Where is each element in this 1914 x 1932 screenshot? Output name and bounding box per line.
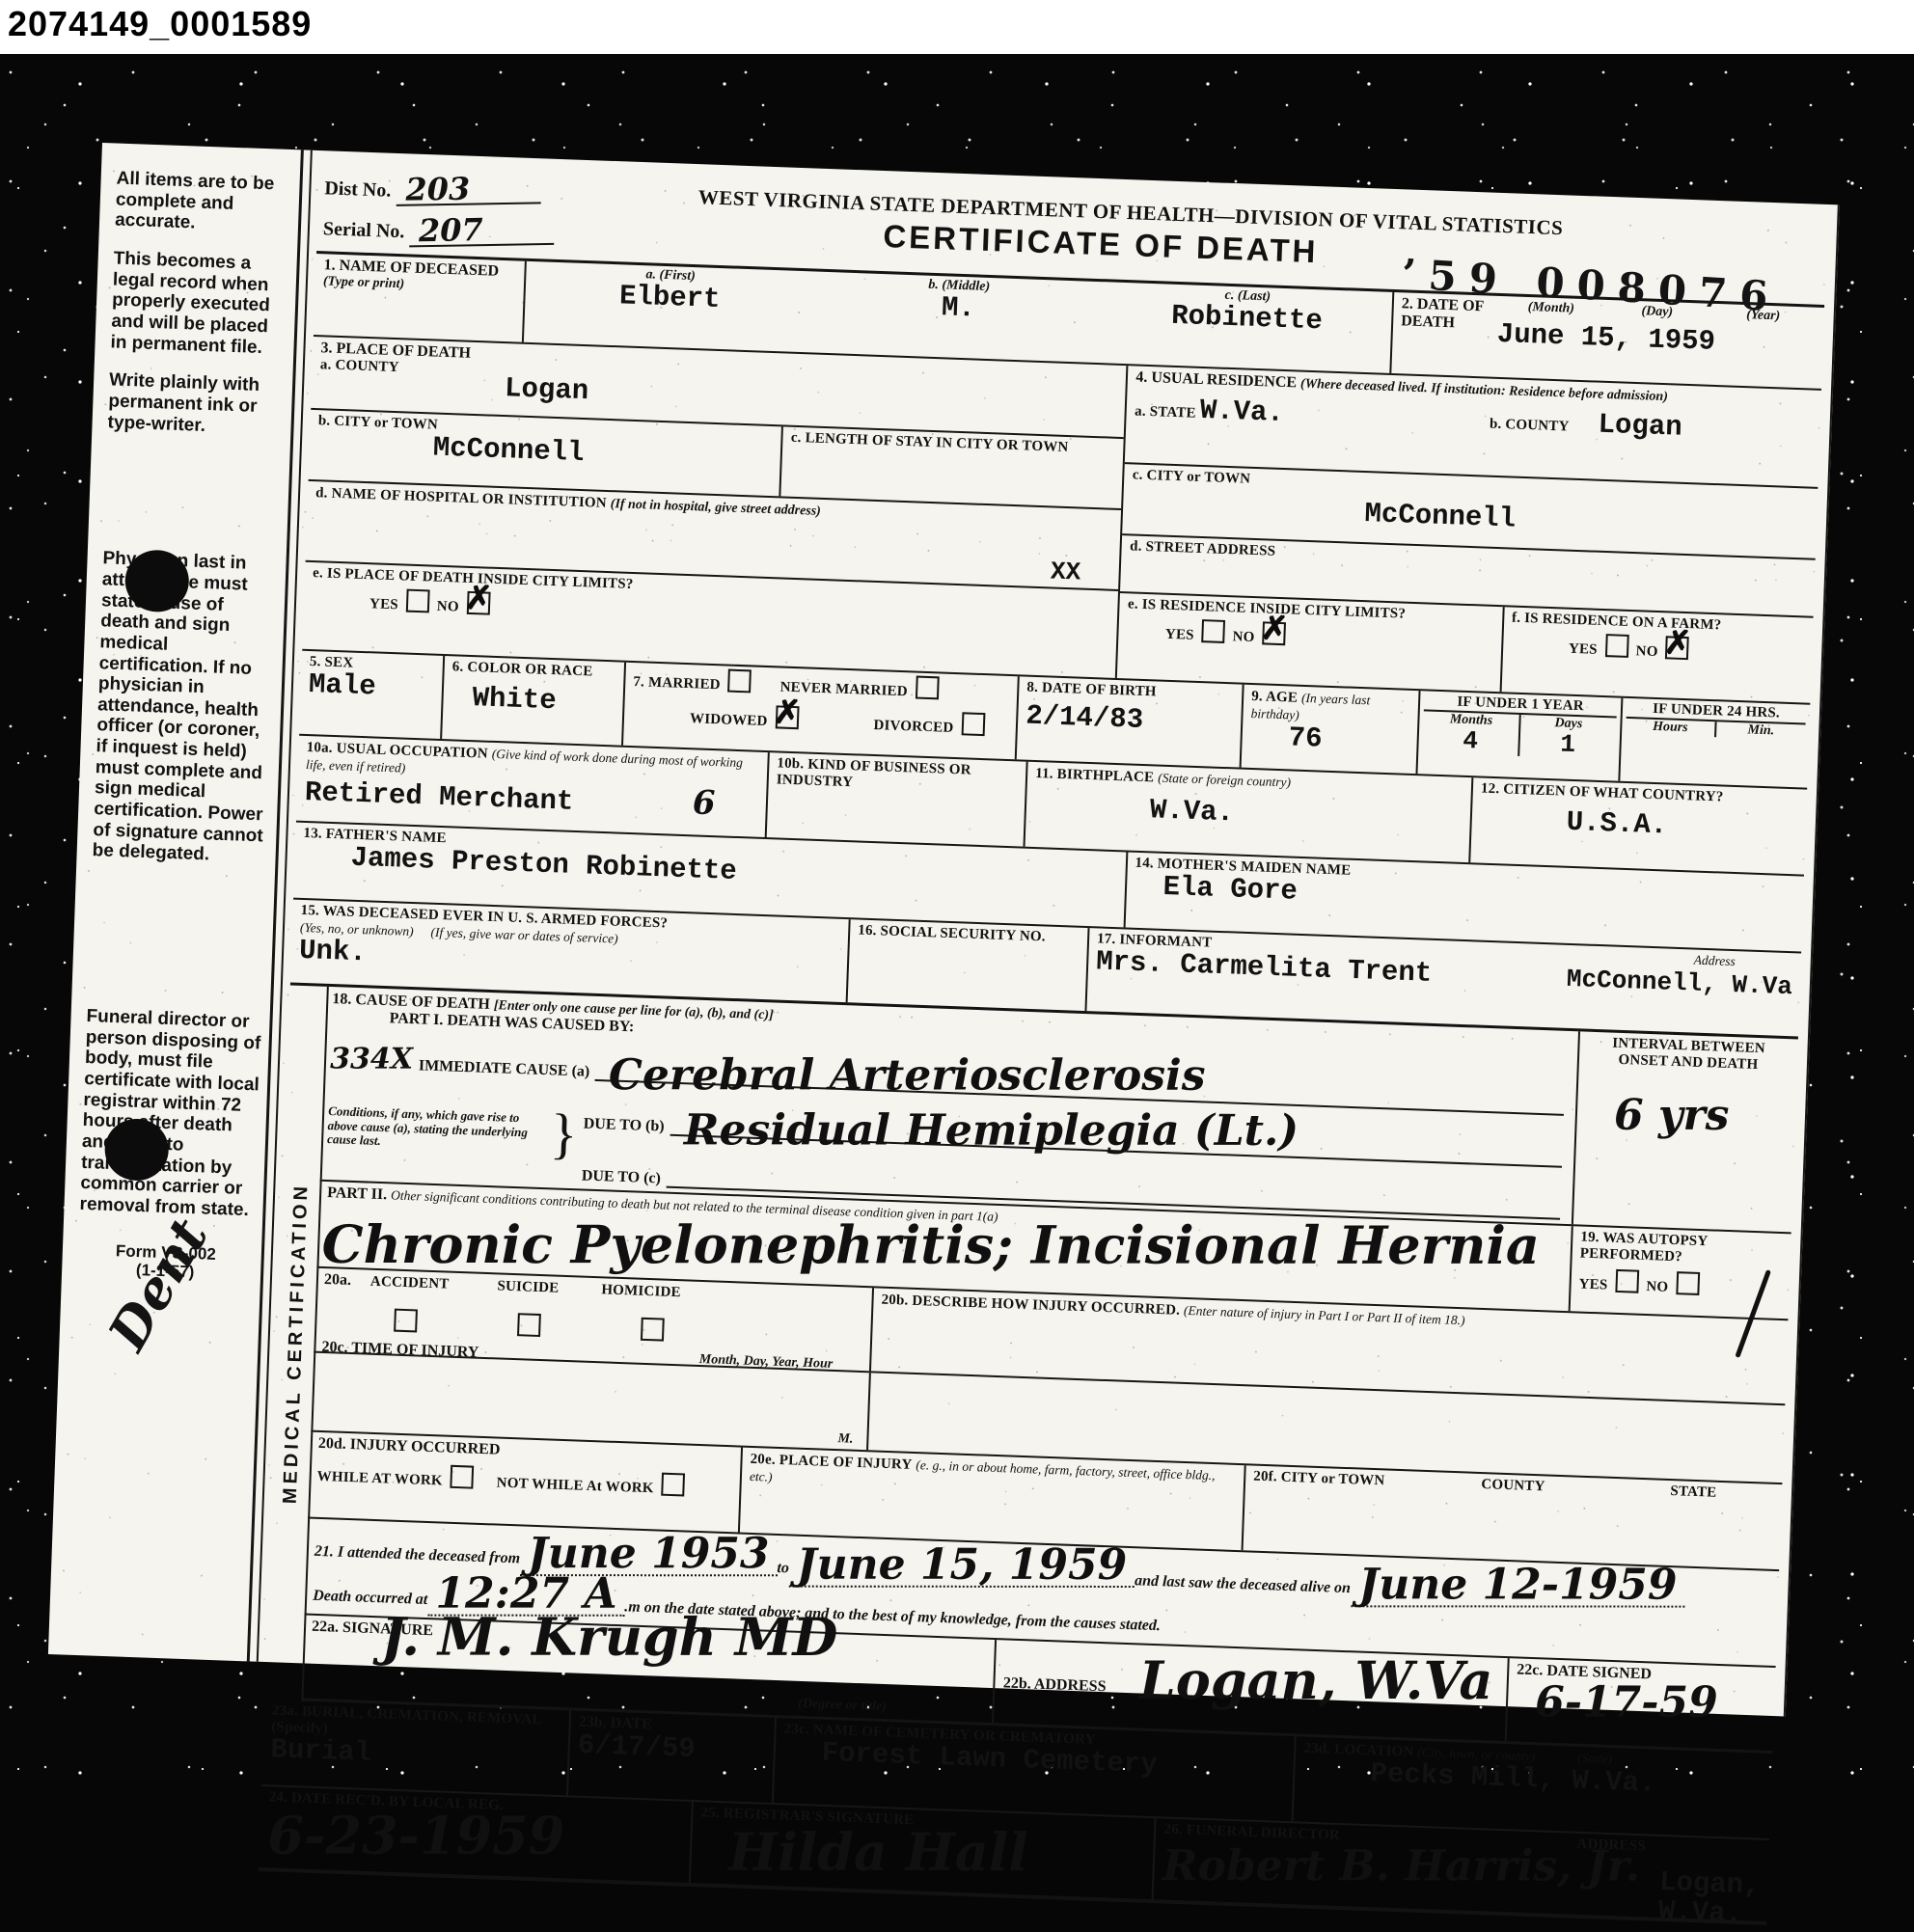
married-label: MARRIED — [648, 675, 721, 694]
degree-title-label: (Degree or title) — [798, 1697, 887, 1715]
ssn-label: 16. SOCIAL SECURITY NO. — [858, 923, 1080, 947]
farm-yes-checkbox — [1604, 634, 1628, 658]
race-value: White — [472, 684, 615, 719]
autopsy-label: 19. WAS AUTOPSY PERFORMED? — [1579, 1230, 1783, 1269]
attended-pre-label: 21. I attended the deceased from — [314, 1543, 521, 1568]
check-mark: ✗ — [773, 695, 802, 729]
widowed-checkbox: ✗ — [775, 705, 799, 729]
months-value: 4 — [1422, 726, 1518, 756]
cause-b-handwriting: Residual Hemiplegia (Lt.) — [684, 1111, 1299, 1152]
sex-value: Male — [308, 670, 434, 704]
interval-label: INTERVAL BETWEEN ONSET AND DEATH — [1587, 1035, 1791, 1075]
race-label: 6. COLOR OR RACE — [451, 659, 615, 681]
certificate-form: Dist No. 203 Serial No. 207 WEST VIRGINI… — [259, 150, 1840, 1717]
date-of-death-label: 2. DATE OF DEATH — [1400, 295, 1485, 348]
homicide-label: HOMICIDE — [601, 1282, 681, 1300]
dist-no-value: 203 — [396, 174, 540, 205]
suicide-label: SUICIDE — [497, 1278, 559, 1295]
conditions-note: Conditions, if any, which gave rise to a… — [327, 1104, 545, 1155]
never-married-checkbox — [915, 676, 939, 700]
injury-county-label: COUNTY — [1479, 1477, 1545, 1558]
informant-address-value: McConnell, W.Va — [1566, 966, 1792, 1001]
margin-note: Funeral director or person disposing of … — [79, 1006, 262, 1221]
residence-city-value: McConnell — [1364, 500, 1517, 534]
citizen-value: U.S.A. — [1566, 808, 1798, 846]
margin-note: All items are to be complete and accurat… — [115, 169, 292, 237]
residence-state-value: W.Va. — [1199, 395, 1284, 429]
burial-date-value: 6/17/59 — [577, 1731, 766, 1767]
last-seen-label: and last saw the deceased alive on — [1135, 1572, 1351, 1597]
days-value: 1 — [1519, 730, 1616, 760]
signature-address-label: 22b. ADDRESS — [1003, 1674, 1107, 1695]
serial-no-value: 207 — [409, 215, 554, 247]
accident-checkbox — [394, 1309, 418, 1333]
scan-header-strip: 2074149_0001589 — [0, 0, 1914, 54]
due-to-b-label: DUE TO (b) — [583, 1115, 664, 1135]
yes-label: YES — [1569, 641, 1598, 658]
check-mark: ✗ — [1260, 612, 1289, 645]
yes-label: YES — [1165, 627, 1194, 643]
min-label: Min. — [1716, 721, 1806, 740]
accident-label: ACCIDENT — [370, 1274, 450, 1293]
part2-handwriting: Chronic Pyelonephritis; Incisional Herni… — [322, 1220, 1540, 1270]
dist-no-label: Dist No. — [324, 177, 392, 201]
margin-note: Physician last in attendance must state … — [92, 549, 279, 868]
part2-label: PART II. — [327, 1184, 388, 1203]
interval-handwriting: 6 yrs — [1614, 1096, 1729, 1136]
hospital-value: XX — [1050, 558, 1080, 585]
usual-residence-stack: 4. USUAL RESIDENCE (Where deceased lived… — [1117, 366, 1821, 702]
serial-no-label: Serial No. — [323, 218, 405, 242]
while-at-work-label: WHILE AT WORK — [316, 1469, 443, 1489]
cause-code-handwriting: 334X — [330, 1046, 413, 1074]
business-label: 10b. KIND OF BUSINESS OR INDUSTRY — [777, 755, 1019, 797]
informant-address-label: Address — [1693, 953, 1736, 971]
occupation-handwritten-note: 6 — [693, 788, 716, 819]
pod-limits-yes-checkbox — [406, 589, 430, 613]
autopsy-yes-checkbox — [1615, 1269, 1639, 1293]
birthplace-label: 11. BIRTHPLACE — [1035, 766, 1155, 785]
pod-limits-no-checkbox: ✗ — [466, 591, 490, 615]
cause-of-death-label: 18. CAUSE OF DEATH — [332, 991, 490, 1013]
death-certificate-sheet: All items are to be complete and accurat… — [48, 143, 1840, 1716]
place-of-death-stack: 3. PLACE OF DEATH a. COUNTY Logan b. CIT… — [302, 337, 1129, 678]
date-of-birth-value: 2/14/83 — [1025, 702, 1234, 739]
yes-label: YES — [369, 596, 398, 612]
age-label: 9. AGE — [1251, 689, 1298, 706]
autopsy-no-checkbox — [1676, 1271, 1700, 1295]
while-at-work-checkbox — [450, 1465, 474, 1489]
cemetery-location-value: Pecks Mill, W.Va. — [1370, 1759, 1764, 1780]
form-grid: 1. NAME OF DECEASED (Type or print) a. (… — [259, 251, 1824, 1780]
hours-label: Hours — [1626, 719, 1715, 737]
pod-county-value: Logan — [505, 374, 589, 407]
date-of-death-value: June 15, 1959 — [1496, 320, 1816, 361]
usual-residence-label: 4. USUAL RESIDENCE — [1135, 368, 1297, 391]
signature-address-handwriting: Logan, W.Va — [1139, 1656, 1493, 1706]
married-checkbox — [727, 669, 752, 694]
date-signed-handwriting: 6-17-59 — [1535, 1682, 1718, 1723]
no-label: NO — [1646, 1279, 1668, 1295]
divorced-label: DIVORCED — [873, 718, 954, 736]
residence-county-value: Logan — [1598, 409, 1682, 444]
residence-state-label: a. STATE — [1135, 403, 1196, 421]
birthplace-sub: (State or foreign country) — [1158, 771, 1291, 790]
margin-note: This becomes a legal record when properl… — [110, 248, 289, 359]
date-of-birth-label: 8. DATE OF BIRTH — [1026, 680, 1234, 704]
attended-to-label: to — [777, 1560, 789, 1577]
medical-certification-section: MEDICAL CERTIFICATION 18. CAUSE OF DEATH… — [264, 986, 1798, 1754]
medical-certification-label: MEDICAL CERTIFICATION — [279, 1183, 313, 1505]
margin-note: Write plainly with permanent ink or type… — [107, 370, 285, 439]
due-to-c-label: DUE TO (c) — [582, 1167, 662, 1187]
marital-item-label: 7. — [633, 674, 644, 690]
injury-city-label: 20f. CITY or TOWN — [1251, 1469, 1385, 1553]
no-label: NO — [1232, 629, 1254, 645]
widowed-label: WIDOWED — [690, 711, 768, 729]
attended-to-handwriting: June 15, 1959 — [789, 1545, 1135, 1588]
time-cols-label: Month, Day, Year, Hour — [698, 1352, 833, 1374]
hospital-sub: (If not in hospital, give street address… — [611, 497, 822, 519]
homicide-checkbox — [641, 1318, 665, 1342]
no-label: NO — [437, 599, 459, 615]
residence-limits-yes-checkbox — [1201, 619, 1225, 643]
not-while-at-work-checkbox — [661, 1473, 685, 1497]
suicide-checkbox — [517, 1313, 541, 1337]
cemetery-location-state-sub: (State) — [1577, 1751, 1613, 1766]
residence-county-label: b. COUNTY — [1490, 417, 1570, 435]
place-residence-block: 3. PLACE OF DEATH a. COUNTY Logan b. CIT… — [302, 337, 1821, 705]
place-of-injury-label: 20e. PLACE OF INJURY — [750, 1452, 912, 1473]
scan-id-label: 2074149_0001589 — [8, 4, 312, 44]
farm-no-checkbox: ✗ — [1665, 636, 1689, 660]
marginal-handwriting: Dent — [97, 1209, 219, 1360]
occupation-value: Retired Merchant — [304, 776, 573, 818]
meridiem-label: M. — [837, 1431, 854, 1448]
item20a-label: 20a. — [324, 1271, 352, 1289]
residence-limits-no-checkbox: ✗ — [1262, 621, 1286, 645]
birthplace-value: W.Va. — [1149, 796, 1463, 836]
check-mark: ✗ — [1663, 626, 1692, 660]
divorced-checkbox — [961, 712, 985, 736]
check-mark: ✗ — [464, 582, 493, 615]
not-while-at-work-label: NOT WHILE At WORK — [496, 1476, 653, 1497]
yes-label: YES — [1578, 1277, 1607, 1293]
injury-state-label: STATE — [1668, 1483, 1717, 1565]
cemetery-location-label: 23d. LOCATION — [1303, 1741, 1414, 1760]
conditions-brace: } — [550, 1108, 579, 1159]
age-value: 76 — [1288, 723, 1409, 757]
immediate-cause-label: IMMEDIATE CAUSE (a) — [419, 1057, 590, 1080]
no-label: NO — [1635, 643, 1657, 660]
physician-signature-handwriting: J. M. Krugh MD — [381, 1613, 837, 1663]
last-seen-handwriting: June 12-1959 — [1351, 1565, 1684, 1607]
